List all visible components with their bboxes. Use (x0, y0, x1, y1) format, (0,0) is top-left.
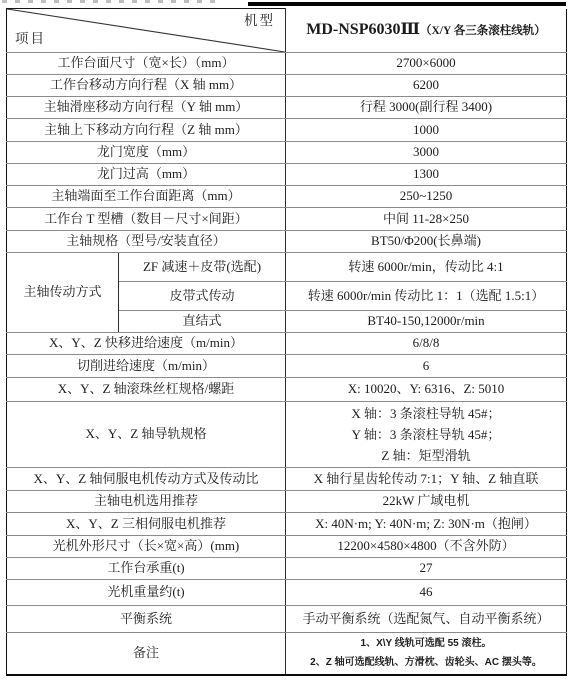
row-label: X、Y、Z 轴滚珠丝杠规格/螺距 (7, 378, 286, 402)
guideway-line-x: X 轴：3 条滚柱导轨 45#； (288, 403, 564, 424)
row-label: 工作台面尺寸（宽×长）（mm） (7, 53, 286, 75)
table-row: 主轴上下移动方向行程（Z 轴 mm）1000 (7, 119, 567, 142)
row-label: 光机重量约(t) (7, 580, 286, 606)
drive-mode: 皮带式传动 (119, 282, 286, 311)
table-row: X、Y、Z 轴滚珠丝杠规格/螺距X: 10020、Y: 6316、Z: 5010 (7, 378, 567, 402)
row-value: 手动平衡系统（选配氮气、自动平衡系统） (286, 606, 567, 633)
row-value: 12200×4580×4800（不含外防） (286, 536, 567, 558)
row-label: X、Y、Z 快移进给速度（m/min） (7, 333, 286, 355)
row-label: 主轴电机选用推荐 (7, 491, 286, 513)
model-header-cell: MD-NSP6030Ⅲ（X/Y 各三条滚柱线轨） (286, 9, 567, 53)
table-row: 龙门宽度（mm）3000 (7, 142, 567, 164)
row-value: 2700×6000 (286, 53, 567, 75)
corner-label-item: 项目 (15, 31, 46, 48)
notes-value: 1、X\Y 线轨可选配 55 滚柱。 2、Z 轴可选配线轨、方滑枕、齿轮头、AC… (286, 633, 567, 675)
row-label: 工作台移动方向行程（X 轴 mm） (7, 75, 286, 97)
table-row: 龙门过高（mm）1300 (7, 164, 567, 186)
row-value: 6200 (286, 75, 567, 97)
table-row: 主轴滑座移动方向行程（Y 轴 mm）行程 3000(副行程 3400) (7, 97, 567, 119)
drive-group-label: 主轴传动方式 (7, 253, 119, 333)
row-label: 备注 (7, 633, 286, 675)
row-value: 1300 (286, 164, 567, 186)
row-label: X、Y、Z 轴导轨规格 (7, 402, 286, 468)
row-value: 转速 6000r/min 传动比 1：1（选配 1.5:1） (286, 282, 567, 311)
table-row: 工作台移动方向行程（X 轴 mm）6200 (7, 75, 567, 97)
table-row: 主轴端面至工作台面距离（mm）250~1250 (7, 186, 567, 208)
row-label: 平衡系统 (7, 606, 286, 633)
table-top-accent-bar (248, 2, 566, 6)
row-value: 27 (286, 558, 567, 580)
table-row: 工作台面尺寸（宽×长）（mm）2700×6000 (7, 53, 567, 75)
header-row: 机型 项目 MD-NSP6030Ⅲ（X/Y 各三条滚柱线轨） (7, 9, 567, 53)
row-value: 22kW 广域电机 (286, 491, 567, 513)
row-value: 6/8/8 (286, 333, 567, 355)
row-value: 6 (286, 355, 567, 378)
row-label: 主轴滑座移动方向行程（Y 轴 mm） (7, 97, 286, 119)
table-row: X、Y、Z 三相伺服电机推荐X: 40N·m; Y: 40N·m; Z: 30N… (7, 513, 567, 536)
row-label: 工作台 T 型槽（数目－尺寸×间距） (7, 208, 286, 231)
drive-mode: 直结式 (119, 311, 286, 333)
table-row: 工作台承重(t)27 (7, 558, 567, 580)
row-value: 46 (286, 580, 567, 606)
row-value: 250~1250 (286, 186, 567, 208)
guideway-line-z: Z 轴：矩型滑轨 (288, 445, 564, 466)
table-row: 主轴规格（型号/安装直径）BT50/Φ200(长鼻端) (7, 231, 567, 253)
table-row: X、Y、Z 快移进给速度（m/min）6/8/8 (7, 333, 567, 355)
row-value: 中间 11-28×250 (286, 208, 567, 231)
row-value: X: 40N·m; Y: 40N·m; Z: 30N·m（抱闸） (286, 513, 567, 536)
diagonal-corner-cell: 机型 项目 (7, 9, 286, 53)
table-row: 备注 1、X\Y 线轨可选配 55 滚柱。 2、Z 轴可选配线轨、方滑枕、齿轮头… (7, 633, 567, 675)
row-label: X、Y、Z 轴伺服电机传动方式及传动比 (7, 468, 286, 491)
model-name: MD-NSP6030Ⅲ (306, 21, 420, 38)
row-value: X 轴行星齿轮传动 7:1；Y 轴、Z 轴直联 (286, 468, 567, 491)
table-row: 主轴传动方式 ZF 减速＋皮带(选配) 转速 6000r/min，传动比 4:1 (7, 253, 567, 282)
row-label: 龙门宽度（mm） (7, 142, 286, 164)
table-row: 主轴电机选用推荐22kW 广域电机 (7, 491, 567, 513)
table-row: X、Y、Z 轴伺服电机传动方式及传动比X 轴行星齿轮传动 7:1；Y 轴、Z 轴… (7, 468, 567, 491)
note-line-1: 1、X\Y 线轨可选配 55 滚柱。 (288, 634, 564, 653)
row-value: BT40-150,12000r/min (286, 311, 567, 333)
table-row: 平衡系统手动平衡系统（选配氮气、自动平衡系统） (7, 606, 567, 633)
row-value: X: 10020、Y: 6316、Z: 5010 (286, 378, 567, 402)
row-label: 主轴端面至工作台面距离（mm） (7, 186, 286, 208)
row-value: 3000 (286, 142, 567, 164)
model-suffix: （X/Y 各三条滚柱线轨） (420, 25, 546, 37)
row-label: X、Y、Z 三相伺服电机推荐 (7, 513, 286, 536)
row-label: 切削进给速度（m/min） (7, 355, 286, 378)
row-value: 行程 3000(副行程 3400) (286, 97, 567, 119)
table-row: 光机外形尺寸（长×宽×高）(mm)12200×4580×4800（不含外防） (7, 536, 567, 558)
table-row: X、Y、Z 轴导轨规格 X 轴：3 条滚柱导轨 45#； Y 轴：3 条滚柱导轨… (7, 402, 567, 468)
row-label: 龙门过高（mm） (7, 164, 286, 186)
table-row: 切削进给速度（m/min）6 (7, 355, 567, 378)
row-value: BT50/Φ200(长鼻端) (286, 231, 567, 253)
row-label: 主轴上下移动方向行程（Z 轴 mm） (7, 119, 286, 142)
spec-table: 机型 项目 MD-NSP6030Ⅲ（X/Y 各三条滚柱线轨） 工作台面尺寸（宽×… (6, 8, 567, 676)
guideway-value: X 轴：3 条滚柱导轨 45#； Y 轴：3 条滚柱导轨 45#； Z 轴：矩型… (286, 402, 567, 468)
row-label: 工作台承重(t) (7, 558, 286, 580)
row-value: 1000 (286, 119, 567, 142)
row-label: 主轴规格（型号/安装直径） (7, 231, 286, 253)
table-row: 光机重量约(t)46 (7, 580, 567, 606)
row-value: 转速 6000r/min，传动比 4:1 (286, 253, 567, 282)
row-label: 光机外形尺寸（长×宽×高）(mm) (7, 536, 286, 558)
note-line-2: 2、Z 轴可选配线轨、方滑枕、齿轮头、AC 摆头等。 (288, 653, 564, 672)
drive-mode: ZF 减速＋皮带(选配) (119, 253, 286, 282)
corner-label-model: 机型 (244, 13, 275, 30)
cropped-text-remnant (2, 0, 220, 3)
table-row: 工作台 T 型槽（数目－尺寸×间距）中间 11-28×250 (7, 208, 567, 231)
guideway-line-y: Y 轴：3 条滚柱导轨 45#； (288, 424, 564, 445)
